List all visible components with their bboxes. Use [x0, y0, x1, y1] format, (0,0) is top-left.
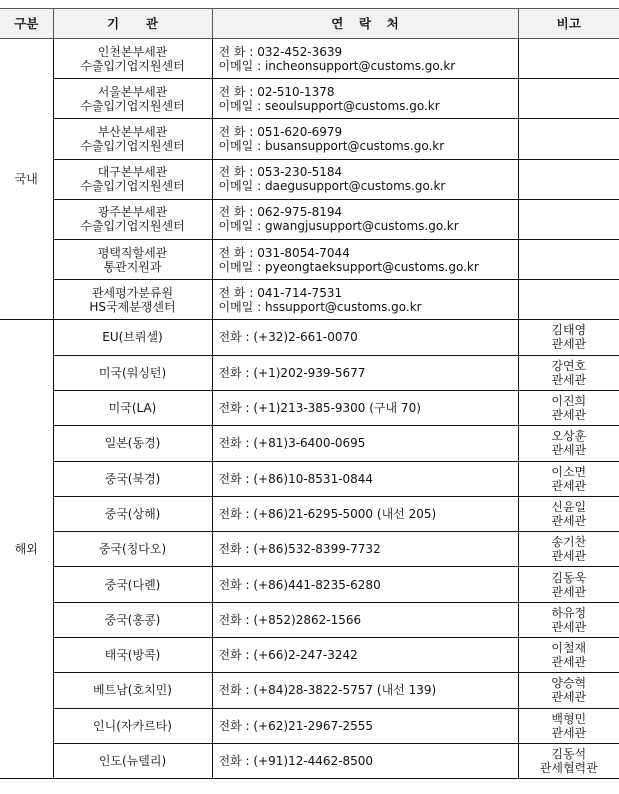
organization-cell: 중국(북경): [53, 461, 212, 496]
phone-number[interactable]: (+86)10-8531-0844: [253, 472, 373, 486]
phone-line: 전 화 : 062-975-8194: [219, 205, 518, 219]
attache-title: 관세관: [519, 373, 619, 387]
category-domestic: 국내: [0, 39, 53, 320]
organization-cell: 베트남(호치민): [53, 673, 212, 708]
contact-cell: 전 화 : 041-714-7531 이메일 : hssupport@custo…: [212, 280, 518, 320]
contact-cell: 전 화 : 031-8054-7044 이메일 : pyeongtaeksupp…: [212, 239, 518, 279]
contact-cell: 전화 : (+91)12-4462-8500: [212, 743, 518, 778]
attache-title: 관세관: [519, 408, 619, 422]
organization-line-2: 수출입기업지원센터: [54, 179, 212, 193]
note-cell: [518, 159, 619, 199]
header-contact-label: 연 락 처: [326, 16, 405, 31]
email-line: 이메일 : busansupport@customs.go.kr: [219, 139, 518, 153]
contact-cell: 전 화 : 051-620-6979 이메일 : busansupport@cu…: [212, 119, 518, 159]
phone-label: 전화 :: [219, 472, 250, 486]
header-note: 비고: [518, 9, 619, 39]
organization-line-1: 관세평가분류원: [54, 286, 212, 300]
phone-label: 전 화 :: [219, 125, 254, 139]
email-address[interactable]: pyeongtaeksupport@customs.go.kr: [265, 260, 479, 274]
organization-cell: 인니(자카르타): [53, 708, 212, 743]
phone-number[interactable]: (+66)2-247-3242: [253, 648, 357, 662]
attache-name: 강연호: [519, 359, 619, 373]
phone-number[interactable]: 032-452-3639: [257, 45, 342, 59]
organization-line-2: 수출입기업지원센터: [54, 139, 212, 153]
organization-line-1: 서울본부세관: [54, 85, 212, 99]
attache-name: 이철재: [519, 641, 619, 655]
organization-line-1: 평택직할세관: [54, 246, 212, 260]
phone-line: 전 화 : 032-452-3639: [219, 45, 518, 59]
phone-number[interactable]: (+86)532-8399-7732: [253, 542, 380, 556]
attache-name: 백형민: [519, 712, 619, 726]
contact-cell: 전화 : (+62)21-2967-2555: [212, 708, 518, 743]
phone-number[interactable]: 041-714-7531: [257, 286, 342, 300]
note-cell: [518, 239, 619, 279]
attache-title: 관세관: [519, 690, 619, 704]
organization-cell: 광주본부세관 수출입기업지원센터: [53, 199, 212, 239]
email-label: 이메일 :: [219, 139, 262, 153]
phone-line: 전 화 : 041-714-7531: [219, 286, 518, 300]
phone-number[interactable]: (+81)3-6400-0695: [253, 436, 365, 450]
table-row-overseas: 중국(홍콩) 전화 : (+852)2862-1566 하유정 관세관: [0, 602, 619, 637]
note-cell: 이진희 관세관: [518, 390, 619, 425]
organization-cell: 태국(방콕): [53, 637, 212, 672]
note-cell: [518, 280, 619, 320]
contact-cell: 전화 : (+86)10-8531-0844: [212, 461, 518, 496]
contact-cell: 전화 : (+86)441-8235-6280: [212, 567, 518, 602]
phone-number[interactable]: (+84)28-3822-5757 (내선 139): [253, 683, 436, 697]
organization-cell: 인천본부세관 수출입기업지원센터: [53, 39, 212, 79]
organization-line-1: 인천본부세관: [54, 45, 212, 59]
contact-cell: 전화 : (+84)28-3822-5757 (내선 139): [212, 673, 518, 708]
organization-cell: 평택직할세관 통관지원과: [53, 239, 212, 279]
organization-line-1: 대구본부세관: [54, 165, 212, 179]
phone-label: 전화 :: [219, 542, 250, 556]
organization-line-2: 통관지원과: [54, 260, 212, 274]
phone-label: 전 화 :: [219, 246, 254, 260]
phone-number[interactable]: (+62)21-2967-2555: [253, 719, 373, 733]
phone-label: 전화 :: [219, 683, 250, 697]
table-row-overseas: 인니(자카르타) 전화 : (+62)21-2967-2555 백형민 관세관: [0, 708, 619, 743]
email-label: 이메일 :: [219, 179, 262, 193]
attache-title: 관세관: [519, 655, 619, 669]
contact-cell: 전 화 : 062-975-8194 이메일 : gwangjusupport@…: [212, 199, 518, 239]
table-row-overseas: 중국(상해) 전화 : (+86)21-6295-5000 (내선 205) 신…: [0, 496, 619, 531]
table-row-domestic: 관세평가분류원 HS국제분쟁센터 전 화 : 041-714-7531 이메일 …: [0, 280, 619, 320]
email-address[interactable]: incheonsupport@customs.go.kr: [265, 59, 455, 73]
phone-number[interactable]: (+86)21-6295-5000 (내선 205): [253, 507, 436, 521]
phone-number[interactable]: (+32)2-661-0070: [253, 330, 357, 344]
attache-title: 관세관: [519, 337, 619, 351]
phone-number[interactable]: (+1)213-385-9300 (구내 70): [253, 401, 421, 415]
contact-cell: 전 화 : 053-230-5184 이메일 : daegusupport@cu…: [212, 159, 518, 199]
email-label: 이메일 :: [219, 300, 262, 314]
note-cell: 김동욱 관세관: [518, 567, 619, 602]
note-cell: 백형민 관세관: [518, 708, 619, 743]
phone-number[interactable]: 02-510-1378: [257, 85, 334, 99]
phone-line: 전 화 : 031-8054-7044: [219, 246, 518, 260]
phone-number[interactable]: (+86)441-8235-6280: [253, 578, 380, 592]
contact-cell: 전화 : (+66)2-247-3242: [212, 637, 518, 672]
contact-cell: 전 화 : 02-510-1378 이메일 : seoulsupport@cus…: [212, 79, 518, 119]
contact-cell: 전화 : (+852)2862-1566: [212, 602, 518, 637]
phone-label: 전화 :: [219, 436, 250, 450]
phone-number[interactable]: (+852)2862-1566: [253, 613, 361, 627]
note-cell: 강연호 관세관: [518, 355, 619, 390]
header-organization: 기 관: [53, 9, 212, 39]
header-contact: 연 락 처: [212, 9, 518, 39]
table-row-overseas: 미국(워싱턴) 전화 : (+1)202-939-5677 강연호 관세관: [0, 355, 619, 390]
phone-label: 전 화 :: [219, 165, 254, 179]
phone-number[interactable]: 031-8054-7044: [257, 246, 350, 260]
phone-label: 전화 :: [219, 366, 250, 380]
organization-cell: 중국(홍콩): [53, 602, 212, 637]
table-row-overseas: 인도(뉴델리) 전화 : (+91)12-4462-8500 김동석 관세협력관: [0, 743, 619, 778]
table-row-overseas: 베트남(호치민) 전화 : (+84)28-3822-5757 (내선 139)…: [0, 673, 619, 708]
note-cell: 오상훈 관세관: [518, 426, 619, 461]
attache-name: 오상훈: [519, 429, 619, 443]
phone-label: 전 화 :: [219, 85, 254, 99]
email-line: 이메일 : incheonsupport@customs.go.kr: [219, 59, 518, 73]
attache-title: 관세관: [519, 585, 619, 599]
phone-label: 전화 :: [219, 719, 250, 733]
note-cell: 이철재 관세관: [518, 637, 619, 672]
table-row-overseas: 태국(방콕) 전화 : (+66)2-247-3242 이철재 관세관: [0, 637, 619, 672]
contact-cell: 전 화 : 032-452-3639 이메일 : incheonsupport@…: [212, 39, 518, 79]
attache-title: 관세관: [519, 443, 619, 457]
attache-name: 신윤일: [519, 500, 619, 514]
note-cell: 신윤일 관세관: [518, 496, 619, 531]
phone-label: 전화 :: [219, 578, 250, 592]
email-label: 이메일 :: [219, 59, 262, 73]
table-row-overseas: 중국(칭다오) 전화 : (+86)532-8399-7732 송기찬 관세관: [0, 532, 619, 567]
attache-name: 송기찬: [519, 535, 619, 549]
table-row-domestic: 대구본부세관 수출입기업지원센터 전 화 : 053-230-5184 이메일 …: [0, 159, 619, 199]
table-row-domestic: 국내 인천본부세관 수출입기업지원센터 전 화 : 032-452-3639 이…: [0, 39, 619, 79]
organization-cell: 관세평가분류원 HS국제분쟁센터: [53, 280, 212, 320]
organization-cell: 대구본부세관 수출입기업지원센터: [53, 159, 212, 199]
email-address[interactable]: busansupport@customs.go.kr: [265, 139, 444, 153]
table-row-domestic: 부산본부세관 수출입기업지원센터 전 화 : 051-620-6979 이메일 …: [0, 119, 619, 159]
table-row-overseas: 일본(동경) 전화 : (+81)3-6400-0695 오상훈 관세관: [0, 426, 619, 461]
email-label: 이메일 :: [219, 99, 262, 113]
contact-cell: 전화 : (+81)3-6400-0695: [212, 426, 518, 461]
email-address[interactable]: hssupport@customs.go.kr: [265, 300, 422, 314]
phone-label: 전화 :: [219, 648, 250, 662]
email-line: 이메일 : pyeongtaeksupport@customs.go.kr: [219, 260, 518, 274]
phone-number[interactable]: (+91)12-4462-8500: [253, 754, 373, 768]
table-row-domestic: 광주본부세관 수출입기업지원센터 전 화 : 062-975-8194 이메일 …: [0, 199, 619, 239]
email-label: 이메일 :: [219, 219, 262, 233]
email-line: 이메일 : hssupport@customs.go.kr: [219, 300, 518, 314]
contact-cell: 전화 : (+86)21-6295-5000 (내선 205): [212, 496, 518, 531]
organization-line-1: 광주본부세관: [54, 205, 212, 219]
table-row-domestic: 서울본부세관 수출입기업지원센터 전 화 : 02-510-1378 이메일 :…: [0, 79, 619, 119]
organization-cell: 중국(칭다오): [53, 532, 212, 567]
note-cell: 송기찬 관세관: [518, 532, 619, 567]
customs-contact-table: 구분 기 관 연 락 처 비고 국내 인천본부세관 수출입기업지원센터 전 화 …: [0, 8, 619, 779]
attache-title: 관세관: [519, 620, 619, 634]
phone-number[interactable]: 062-975-8194: [257, 205, 342, 219]
attache-name: 이진희: [519, 394, 619, 408]
header-category: 구분: [0, 9, 53, 39]
organization-cell: 미국(워싱턴): [53, 355, 212, 390]
organization-line-1: 부산본부세관: [54, 125, 212, 139]
phone-label: 전화 :: [219, 330, 250, 344]
phone-line: 전 화 : 051-620-6979: [219, 125, 518, 139]
note-cell: 양승혁 관세관: [518, 673, 619, 708]
phone-label: 전화 :: [219, 613, 250, 627]
attache-title: 관세관: [519, 549, 619, 563]
note-cell: [518, 119, 619, 159]
phone-number[interactable]: 053-230-5184: [257, 165, 342, 179]
attache-name: 김태영: [519, 323, 619, 337]
table-row-domestic: 평택직할세관 통관지원과 전 화 : 031-8054-7044 이메일 : p…: [0, 239, 619, 279]
phone-label: 전화 :: [219, 754, 250, 768]
note-cell: 김태영 관세관: [518, 320, 619, 355]
note-cell: 김동석 관세협력관: [518, 743, 619, 778]
organization-cell: 부산본부세관 수출입기업지원센터: [53, 119, 212, 159]
note-cell: 이소면 관세관: [518, 461, 619, 496]
table-body: 국내 인천본부세관 수출입기업지원센터 전 화 : 032-452-3639 이…: [0, 39, 619, 779]
email-address[interactable]: seoulsupport@customs.go.kr: [265, 99, 440, 113]
phone-line: 전 화 : 053-230-5184: [219, 165, 518, 179]
contact-cell: 전화 : (+32)2-661-0070: [212, 320, 518, 355]
organization-cell: 일본(동경): [53, 426, 212, 461]
organization-cell: 미국(LA): [53, 390, 212, 425]
organization-cell: 서울본부세관 수출입기업지원센터: [53, 79, 212, 119]
organization-cell: 중국(상해): [53, 496, 212, 531]
phone-label: 전화 :: [219, 401, 250, 415]
organization-cell: 중국(다롄): [53, 567, 212, 602]
phone-number[interactable]: 051-620-6979: [257, 125, 342, 139]
phone-label: 전화 :: [219, 507, 250, 521]
attache-name: 김동석: [519, 747, 619, 761]
phone-label: 전 화 :: [219, 205, 254, 219]
attache-name: 양승혁: [519, 676, 619, 690]
attache-name: 이소면: [519, 465, 619, 479]
attache-name: 하유정: [519, 606, 619, 620]
attache-title: 관세관: [519, 726, 619, 740]
category-overseas: 해외: [0, 320, 53, 779]
organization-line-2: 수출입기업지원센터: [54, 99, 212, 113]
attache-title: 관세관: [519, 514, 619, 528]
attache-title: 관세협력관: [519, 761, 619, 775]
table-row-overseas: 미국(LA) 전화 : (+1)213-385-9300 (구내 70) 이진희…: [0, 390, 619, 425]
email-line: 이메일 : seoulsupport@customs.go.kr: [219, 99, 518, 113]
note-cell: [518, 199, 619, 239]
note-cell: [518, 39, 619, 79]
attache-title: 관세관: [519, 479, 619, 493]
organization-line-2: HS국제분쟁센터: [54, 300, 212, 314]
contact-cell: 전화 : (+86)532-8399-7732: [212, 532, 518, 567]
organization-cell: EU(브뤼셀): [53, 320, 212, 355]
table-row-overseas: 중국(다롄) 전화 : (+86)441-8235-6280 김동욱 관세관: [0, 567, 619, 602]
contact-cell: 전화 : (+1)213-385-9300 (구내 70): [212, 390, 518, 425]
table-header-row: 구분 기 관 연 락 처 비고: [0, 9, 619, 39]
phone-label: 전 화 :: [219, 45, 254, 59]
phone-label: 전 화 :: [219, 286, 254, 300]
email-line: 이메일 : daegusupport@customs.go.kr: [219, 179, 518, 193]
email-line: 이메일 : gwangjusupport@customs.go.kr: [219, 219, 518, 233]
header-organization-label: 기 관: [96, 16, 170, 31]
note-cell: [518, 79, 619, 119]
email-label: 이메일 :: [219, 260, 262, 274]
phone-line: 전 화 : 02-510-1378: [219, 85, 518, 99]
organization-line-2: 수출입기업지원센터: [54, 59, 212, 73]
email-address[interactable]: gwangjusupport@customs.go.kr: [265, 219, 459, 233]
phone-number[interactable]: (+1)202-939-5677: [253, 366, 365, 380]
table-row-overseas: 해외 EU(브뤼셀) 전화 : (+32)2-661-0070 김태영 관세관: [0, 320, 619, 355]
organization-cell: 인도(뉴델리): [53, 743, 212, 778]
note-cell: 하유정 관세관: [518, 602, 619, 637]
organization-line-2: 수출입기업지원센터: [54, 219, 212, 233]
table-row-overseas: 중국(북경) 전화 : (+86)10-8531-0844 이소면 관세관: [0, 461, 619, 496]
email-address[interactable]: daegusupport@customs.go.kr: [265, 179, 445, 193]
contact-cell: 전화 : (+1)202-939-5677: [212, 355, 518, 390]
attache-name: 김동욱: [519, 571, 619, 585]
